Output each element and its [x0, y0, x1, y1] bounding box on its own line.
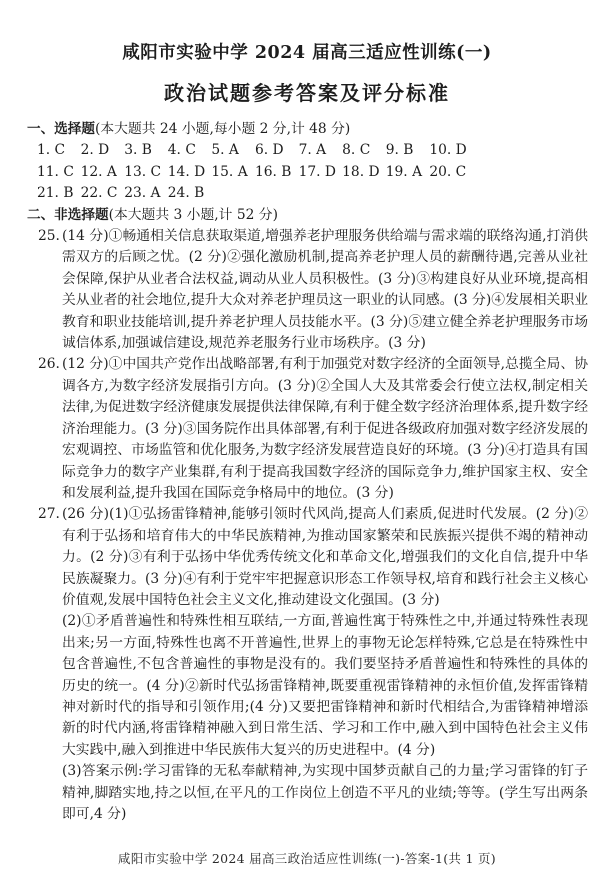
exam-answer-sheet-page: 咸阳市实验中学 2024 届高三适应性训练(一) 政治试题参考答案及评分标准 一…: [0, 0, 614, 884]
answer-item: 9. B: [386, 140, 430, 161]
question-25-number: 25.: [38, 226, 60, 247]
answer-item: 1. C: [37, 140, 81, 161]
answer-item: 10. D: [429, 140, 473, 161]
choice-answers-row-1: 1. C2. D3. B4. C5. A6. D7. A8. C9. B10. …: [37, 140, 588, 161]
answer-item: 23. A: [124, 183, 168, 204]
answer-item: 11. C: [37, 162, 81, 183]
document-subtitle: 政治试题参考答案及评分标准: [0, 80, 614, 106]
choice-section-heading-label: 一、选择题: [27, 121, 95, 137]
document-title: 咸阳市实验中学 2024 届高三适应性训练(一): [0, 0, 614, 65]
page-footer: 咸阳市实验中学 2024 届高三政治适应性训练(一)-答案-1(共 1 页): [0, 849, 614, 867]
question-27-answer-part-1: (26 分)(1)①弘扬雷锋精神,能够引领时代风尚,提高人们素质,促进时代发展。…: [62, 504, 588, 611]
answer-item: 6. D: [255, 140, 299, 161]
answer-item: 21. B: [37, 183, 81, 204]
answer-item: 19. A: [386, 162, 430, 183]
question-27-answer-part-2: (2)①矛盾普遍性和特殊性相互联结,一方面,普遍性寓于特殊性之中,并通过特殊性表…: [62, 611, 588, 761]
question-27-answer-part-3: (3)答案示例:学习雷锋的无私奉献精神,为实现中国梦贡献自己的力量;学习雷锋的钉…: [62, 761, 588, 825]
question-25: 25. (14 分)①畅通相关信息获取渠道,增强养老护理服务供给端与需求端的联络…: [38, 226, 588, 354]
document-body: 一、选择题(本大题共 24 小题,每小题 2 分,计 48 分) 1. C2. …: [27, 119, 588, 825]
answer-item: 2. D: [81, 140, 125, 161]
answer-item: 15. A: [211, 162, 255, 183]
choice-section-heading: 一、选择题(本大题共 24 小题,每小题 2 分,计 48 分): [27, 119, 588, 140]
question-26-answer-text: (12 分)①中国共产党作出战略部署,有利于加强党对数字经济的全面领导,总揽全局…: [62, 354, 588, 504]
essay-section-heading-note: (本大题共 3 小题,计 52 分): [109, 207, 278, 223]
answer-item: 12. A: [81, 162, 125, 183]
answer-item: 18. D: [342, 162, 386, 183]
choice-answers-row-2: 11. C12. A13. C14. D15. A16. B17. D18. D…: [37, 162, 588, 183]
answer-item: 16. B: [255, 162, 299, 183]
question-26: 26. (12 分)①中国共产党作出战略部署,有利于加强党对数字经济的全面领导,…: [38, 354, 588, 504]
answer-item: 4. C: [168, 140, 212, 161]
question-25-answer-text: (14 分)①畅通相关信息获取渠道,增强养老护理服务供给端与需求端的联络沟通,打…: [62, 226, 588, 354]
answer-item: 7. A: [299, 140, 343, 161]
answer-item: 13. C: [124, 162, 168, 183]
answer-item: 17. D: [299, 162, 343, 183]
question-27-number: 27.: [38, 504, 60, 525]
essay-section-heading: 二、非选择题(本大题共 3 小题,计 52 分): [27, 205, 588, 226]
answer-item: 22. C: [81, 183, 125, 204]
essay-section-heading-label: 二、非选择题: [27, 207, 109, 223]
answer-item: 24. B: [168, 183, 212, 204]
answer-item: 20. C: [429, 162, 473, 183]
choice-answers-row-3: 21. B22. C23. A24. B: [37, 183, 588, 204]
question-27: 27. (26 分)(1)①弘扬雷锋精神,能够引领时代风尚,提高人们素质,促进时…: [38, 504, 588, 825]
answer-item: 5. A: [211, 140, 255, 161]
question-26-number: 26.: [38, 354, 60, 375]
answer-item: 14. D: [168, 162, 212, 183]
choice-section-heading-note: (本大题共 24 小题,每小题 2 分,计 48 分): [95, 121, 350, 137]
answer-item: 3. B: [124, 140, 168, 161]
answer-item: 8. C: [342, 140, 386, 161]
